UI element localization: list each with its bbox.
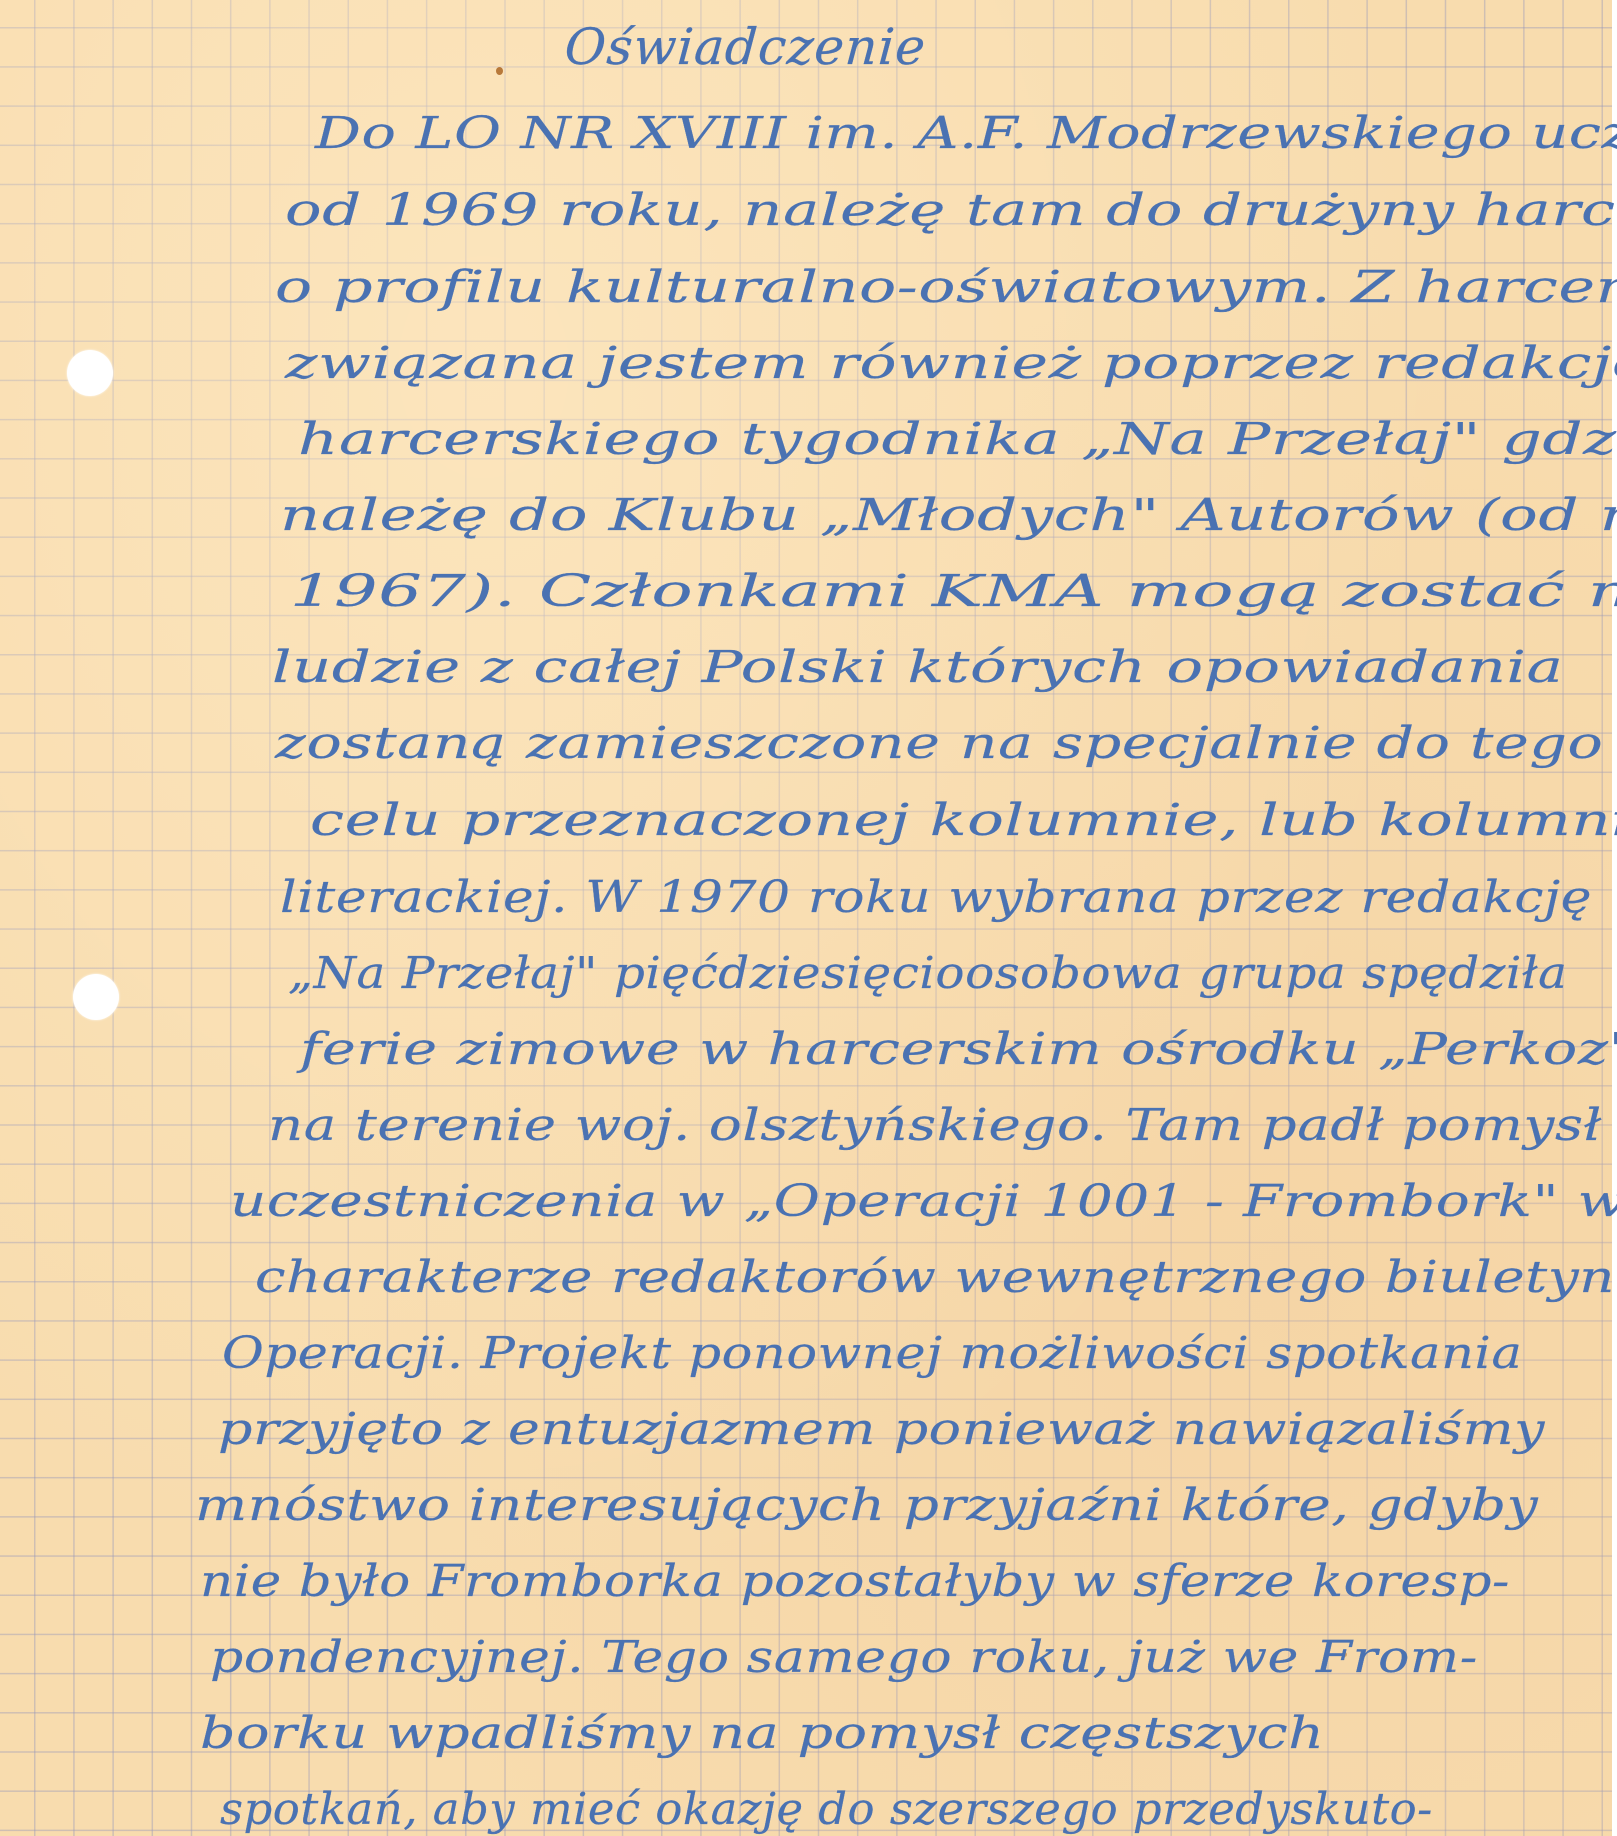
text-line-17: Operacji. Projekt ponownej możliwości sp…	[222, 1328, 1522, 1379]
text-line-6: należę do Klubu „Młodych" Autorów (od ro…	[280, 490, 1617, 541]
text-line-1: Do LO NR XVIII im. A.F. Modrzewskiego uc…	[315, 108, 1617, 159]
text-line-10: celu przeznaczonej kolumnie, lub kolumni…	[310, 795, 1617, 846]
text-line-4: związana jestem również poprzez redakcję	[285, 338, 1617, 389]
text-line-8: ludzie z całej Polski których opowiadani…	[272, 642, 1564, 693]
text-line-5: harcerskiego tygodnika „Na Przełaj" gdzi…	[298, 414, 1617, 465]
text-line-3: o profilu kulturalno-oświatowym. Z harce…	[275, 262, 1617, 313]
text-line-22: borku wpadliśmy na pomysł częstszych	[200, 1708, 1325, 1759]
text-line-19: mnóstwo interesujących przyjaźni które, …	[195, 1480, 1538, 1531]
text-line-2: od 1969 roku, należę tam do drużyny harc…	[285, 185, 1617, 236]
text-line-21: pondencyjnej. Tego samego roku, już we F…	[210, 1632, 1478, 1683]
text-line-11: literackiej. W 1970 roku wybrana przez r…	[280, 872, 1592, 923]
text-line-13: ferie zimowe w harcerskim ośrodku „Perko…	[300, 1024, 1617, 1075]
handwritten-text: Oświadczenie Do LO NR XVIII im. A.F. Mod…	[0, 0, 1612, 1836]
text-line-7: 1967). Członkami KMA mogą zostać młodzi	[290, 566, 1617, 617]
text-line-12: „Na Przełaj" pięćdziesięcioosobowa grupa…	[288, 948, 1568, 999]
document-title: Oświadczenie	[563, 18, 928, 76]
text-line-18: przyjęto z entuzjazmem ponieważ nawiązal…	[218, 1404, 1545, 1455]
text-line-23: spotkań, aby mieć okazję do szerszego pr…	[220, 1784, 1433, 1835]
text-line-15: uczestniczenia w „Operacji 1001 - Frombo…	[230, 1176, 1617, 1227]
text-line-20: nie było Fromborka pozostałyby w sferze …	[200, 1556, 1510, 1607]
text-line-9: zostaną zamieszczone na specjalnie do te…	[275, 718, 1603, 769]
graph-paper-page: Oświadczenie Do LO NR XVIII im. A.F. Mod…	[0, 0, 1612, 1836]
text-line-14: na terenie woj. olsztyńskiego. Tam padł …	[268, 1100, 1602, 1151]
text-line-16: charakterze redaktorów wewnętrznego biul…	[255, 1252, 1617, 1303]
